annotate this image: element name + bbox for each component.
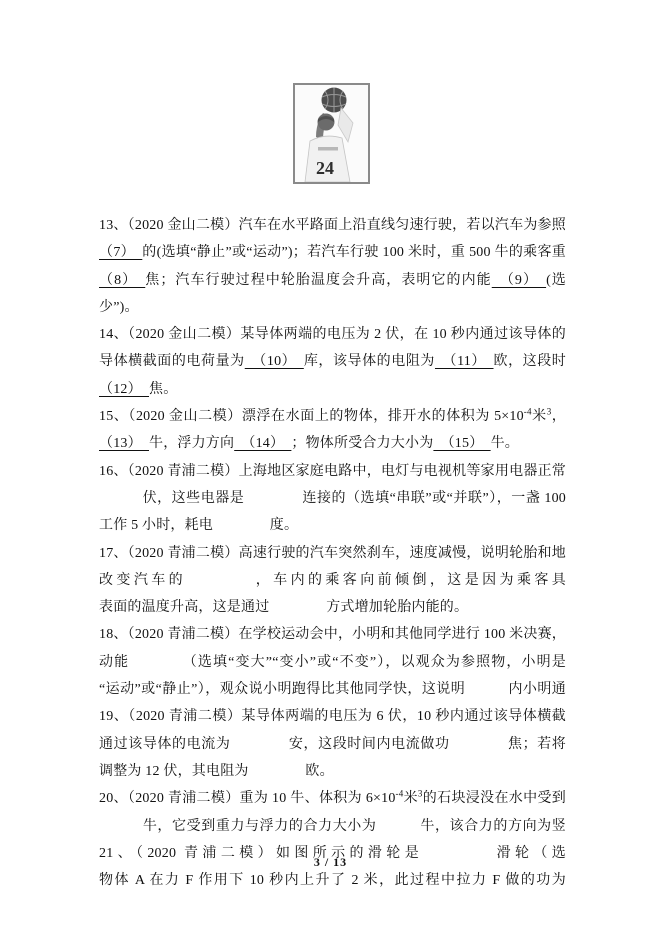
question-line: （12） 焦。 (99, 376, 566, 403)
question-text: 牛，它受到重力与浮力的合力大小为 牛，该合力的方向为竖直 。 (99, 819, 566, 840)
question-text: 米 (403, 791, 417, 806)
question-text: 工作 5 小时，耗电 度。 (99, 518, 298, 533)
question-line: 伏，这些电器是 连接的（选填“串联”或“并联”），一盏 100 瓦的电灯正常 (99, 485, 566, 512)
question-line: 14、（2020 金山二模）某导体两端的电压为 2 伏，在 10 秒内通过该导体… (99, 321, 566, 348)
question-text: 表面的温度升高，这是通过 方式增加轮胎内能的。 (99, 600, 468, 615)
question-line: 物体 A 在力 F 作用下 10 秒内上升了 2 米，此过程中拉力 F 做的功为… (99, 867, 566, 894)
question-line: 13、（2020 金山二模）汽车在水平路面上沿直线匀速行驶，若以汽车为参照物，乘… (99, 212, 566, 239)
question-14: 14、（2020 金山二模）某导体两端的电压为 2 伏，在 10 秒内通过该导体… (99, 321, 566, 403)
question-text: 焦；汽车行驶过程中轮胎温度会升高，表明它的内能 (145, 273, 491, 288)
question-line: 动能 （选填“变大”“变小”或“不变”），以观众为参照物，小明是 的（选填 (99, 649, 566, 676)
question-figure: 24 (293, 83, 370, 184)
question-text: 米 (532, 409, 547, 424)
question-15: 15、（2020 金山二模）漂浮在水面上的物体，排开水的体积为 5×10-4米3… (99, 403, 566, 458)
question-text: 13、（2020 金山二模）汽车在水平路面上沿直线匀速行驶，若以汽车为参照物，乘… (99, 218, 566, 239)
question-text: 改变汽车的 ，车内的乘客向前倾倒，这是因为乘客具有 ，刹车过程中轮胎 (99, 573, 566, 594)
question-line: 导体横截面的电荷量为 （10） 库，该导体的电阻为 （11） 欧，这段时间内电流… (99, 348, 566, 375)
fill-in-blank: （8） (99, 273, 145, 288)
jersey-number: 24 (316, 158, 334, 178)
question-text: 导体横截面的电荷量为 (99, 354, 245, 369)
question-text: 15、（2020 金山二模）漂浮在水面上的物体，排开水的体积为 5×10 (99, 409, 524, 424)
question-text: 牛，浮力方向 (149, 436, 234, 451)
question-17: 17、（2020 青浦二模）高速行驶的汽车突然刹车，速度减慢，说明轮胎和地面的摩… (99, 540, 566, 622)
question-text: 物体 A 在力 F 作用下 10 秒内上升了 2 米，此过程中拉力 F 做的功为… (99, 873, 566, 894)
question-text: 动能 （选填“变大”“变小”或“不变”），以观众为参照物，小明是 的（选填 (99, 655, 566, 676)
question-20: 20、（2020 青浦二模）重为 10 牛、体积为 6×10-4米3的石块浸没在… (99, 785, 566, 840)
question-19: 19、（2020 青浦二模）某导体两端的电压为 6 伏，10 秒内通过该导体横截… (99, 703, 566, 785)
question-line: 改变汽车的 ，车内的乘客向前倾倒，这是因为乘客具有 ，刹车过程中轮胎 (99, 567, 566, 594)
question-text: 18、（2020 青浦二模）在学校运动会中，小明和其他同学进行 100 米决赛，… (99, 627, 566, 648)
question-13: 13、（2020 金山二模）汽车在水平路面上沿直线匀速行驶，若以汽车为参照物，乘… (99, 212, 566, 321)
question-line: （13） 牛，浮力方向 （14） ；物体所受合力大小为 （15） 牛。 (99, 430, 566, 457)
page-number: 3 / 13 (0, 855, 661, 870)
question-text: “运动”或“静止”），观众说小明跑得比其他同学快，这说明 内小明通过的路程较大。 (99, 682, 566, 703)
question-line: 20、（2020 青浦二模）重为 10 牛、体积为 6×10-4米3的石块浸没在… (99, 785, 566, 812)
fill-in-blank: （12） (99, 382, 149, 397)
question-line: 牛，它受到重力与浮力的合力大小为 牛，该合力的方向为竖直 。 (99, 813, 566, 840)
fill-in-blank: （7） (99, 245, 142, 260)
fill-in-blank: （15） (433, 436, 490, 451)
question-line: 16、（2020 青浦二模）上海地区家庭电路中，电灯与电视机等家用电器正常工作的… (99, 458, 566, 485)
question-line: 15、（2020 金山二模）漂浮在水面上的物体，排开水的体积为 5×10-4米3… (99, 403, 566, 430)
question-line: 19、（2020 青浦二模）某导体两端的电压为 6 伏，10 秒内通过该导体横截… (99, 703, 566, 730)
questions: 13、（2020 金山二模）汽车在水平路面上沿直线匀速行驶，若以汽车为参照物，乘… (99, 212, 566, 894)
jersey-name-smudge (318, 147, 338, 151)
question-text: 库，该导体的电阻为 (304, 354, 435, 369)
question-text: 14、（2020 金山二模）某导体两端的电压为 2 伏，在 10 秒内通过该导体… (99, 327, 566, 348)
question-line: 通过该导体的电流为 安，这段时间内电流做功 焦；若将该导体两端的电压 (99, 731, 566, 758)
question-line: “运动”或“静止”），观众说小明跑得比其他同学快，这说明 内小明通过的路程较大。 (99, 676, 566, 703)
question-text: ；物体所受合力大小为 (291, 436, 433, 451)
question-line: 18、（2020 青浦二模）在学校运动会中，小明和其他同学进行 100 米决赛，… (99, 621, 566, 648)
question-line: 工作 5 小时，耗电 度。 (99, 512, 566, 539)
question-text: 20、（2020 青浦二模）重为 10 牛、体积为 6×10 (99, 791, 396, 806)
question-line: （7） 的(选填“静止”或“运动”)；若汽车行驶 100 米时，重 500 牛的… (99, 239, 566, 266)
question-16: 16、（2020 青浦二模）上海地区家庭电路中，电灯与电视机等家用电器正常工作的… (99, 458, 566, 540)
question-line: 表面的温度升高，这是通过 方式增加轮胎内能的。 (99, 594, 566, 621)
question-text: 的(选填“静止”或“运动”)；若汽车行驶 100 米时，重 500 牛的乘客重力… (99, 245, 566, 266)
fill-in-blank: （14） (234, 436, 291, 451)
basketball-player-image: 24 (295, 85, 368, 182)
fill-in-blank: （13） (99, 436, 149, 451)
question-text: 牛。 (491, 436, 519, 451)
player-right-arm (338, 108, 353, 142)
question-text: 调整为 12 伏，其电阻为 欧。 (99, 764, 334, 779)
question-text: 17、（2020 青浦二模）高速行驶的汽车突然刹车，速度减慢，说明轮胎和地面的摩… (99, 546, 566, 567)
superscript: -4 (524, 406, 532, 416)
fill-in-blank: （9） (492, 273, 546, 288)
question-text: 通过该导体的电流为 安，这段时间内电流做功 焦；若将该导体两端的电压 (99, 737, 566, 758)
question-line: 17、（2020 青浦二模）高速行驶的汽车突然刹车，速度减慢，说明轮胎和地面的摩… (99, 540, 566, 567)
question-line: 调整为 12 伏，其电阻为 欧。 (99, 758, 566, 785)
question-text: 19、（2020 青浦二模）某导体两端的电压为 6 伏，10 秒内通过该导体横截… (99, 709, 566, 730)
question-text: 伏，这些电器是 连接的（选填“串联”或“并联”），一盏 100 瓦的电灯正常 (99, 491, 566, 512)
question-text: 少”)。 (99, 300, 139, 315)
question-18: 18、（2020 青浦二模）在学校运动会中，小明和其他同学进行 100 米决赛，… (99, 621, 566, 703)
question-text: 焦。 (149, 382, 177, 397)
exam-page: 24 13、（2020 金山二模）汽车在水平路面上沿直线匀速行驶，若以汽车为参照… (0, 0, 661, 935)
question-line: 少”)。 (99, 294, 566, 321)
question-text: 16、（2020 青浦二模）上海地区家庭电路中，电灯与电视机等家用电器正常工作的… (99, 464, 566, 485)
question-line: （8） 焦；汽车行驶过程中轮胎温度会升高，表明它的内能 （9） (选填“增加”或… (99, 267, 566, 294)
fill-in-blank: （11） (435, 354, 494, 369)
fill-in-blank: （10） (245, 354, 304, 369)
